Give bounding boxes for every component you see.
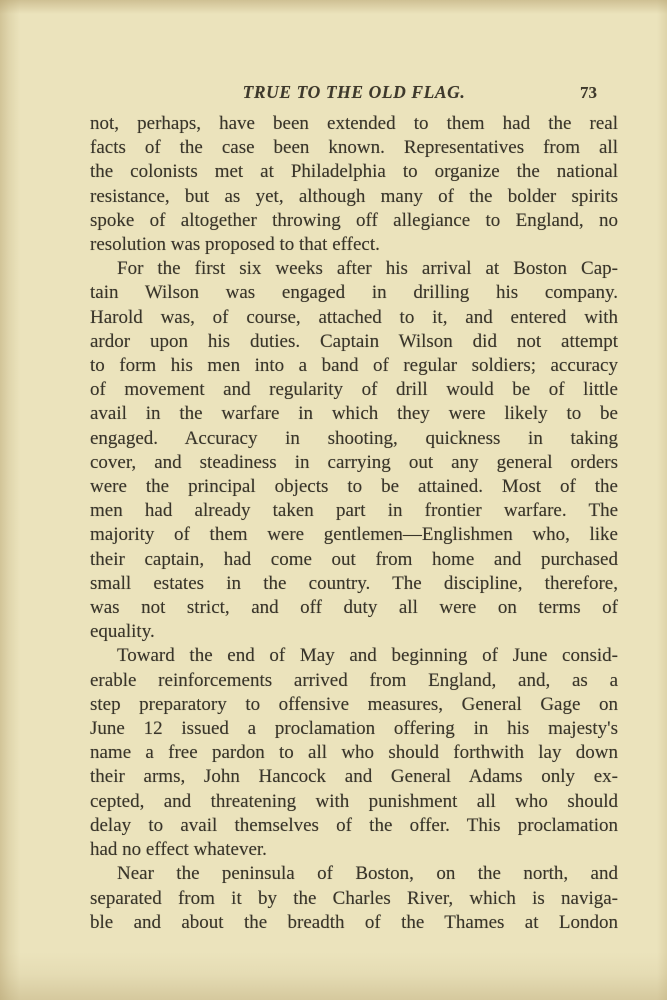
text-line: ble and about the breadth of the Thames … [90, 911, 618, 935]
text-line: men had already taken part in frontier w… [90, 499, 618, 523]
text-line: ardor upon his duties. Captain Wilson di… [90, 330, 618, 354]
text-line: cover, and steadiness in carrying out an… [90, 451, 618, 475]
page-header: TRUE TO THE OLD FLAG. 73 [90, 82, 618, 104]
paragraph: Toward the end of May and beginning of J… [90, 644, 618, 862]
text-line: erable reinforcements arrived from Engla… [90, 669, 618, 693]
text-line: spoke of altogether throwing off allegia… [90, 209, 618, 233]
text-line: to form his men into a band of regular s… [90, 354, 618, 378]
text-line: engaged. Accuracy in shooting, quickness… [90, 427, 618, 451]
paragraph: not, perhaps, have been extended to them… [90, 112, 618, 257]
text-line: was not strict, and off duty all were on… [90, 596, 618, 620]
text-line: June 12 issued a proclamation offering i… [90, 717, 618, 741]
text-line: majority of them were gentlemen—Englishm… [90, 523, 618, 547]
text-line: were the principal objects to be attaine… [90, 475, 618, 499]
text-line: name a free pardon to all who should for… [90, 741, 618, 765]
text-line: the colonists met at Philadelphia to org… [90, 160, 618, 184]
text-line: separated from it by the Charles River, … [90, 887, 618, 911]
text-line: cepted, and threatening with punishment … [90, 790, 618, 814]
text-line: their captain, had come out from home an… [90, 548, 618, 572]
text-line: resistance, but as yet, although many of… [90, 185, 618, 209]
text-line: small estates in the country. The discip… [90, 572, 618, 596]
page-text: not, perhaps, have been extended to them… [90, 112, 618, 935]
text-line: delay to avail themselves of the offer. … [90, 814, 618, 838]
text-line: Harold was, of course, attached to it, a… [90, 306, 618, 330]
text-line: their arms, John Hancock and General Ada… [90, 765, 618, 789]
text-line: Near the peninsula of Boston, on the nor… [90, 862, 618, 886]
text-line: step preparatory to offensive measures, … [90, 693, 618, 717]
running-title: TRUE TO THE OLD FLAG. [90, 82, 618, 103]
text-line: equality. [90, 620, 618, 644]
text-line: avail in the warfare in which they were … [90, 402, 618, 426]
text-line: Toward the end of May and beginning of J… [90, 644, 618, 668]
text-line: of movement and regularity of drill woul… [90, 378, 618, 402]
text-line: had no effect whatever. [90, 838, 618, 862]
page-number: 73 [580, 83, 597, 103]
paragraph: Near the peninsula of Boston, on the nor… [90, 862, 618, 935]
text-line: facts of the case been known. Representa… [90, 136, 618, 160]
text-line: resolution was proposed to that effect. [90, 233, 618, 257]
paragraph: For the first six weeks after his arriva… [90, 257, 618, 644]
text-line: For the first six weeks after his arriva… [90, 257, 618, 281]
book-page: TRUE TO THE OLD FLAG. 73 not, perhaps, h… [0, 0, 667, 1000]
text-line: not, perhaps, have been extended to them… [90, 112, 618, 136]
text-line: tain Wilson was engaged in drilling his … [90, 281, 618, 305]
